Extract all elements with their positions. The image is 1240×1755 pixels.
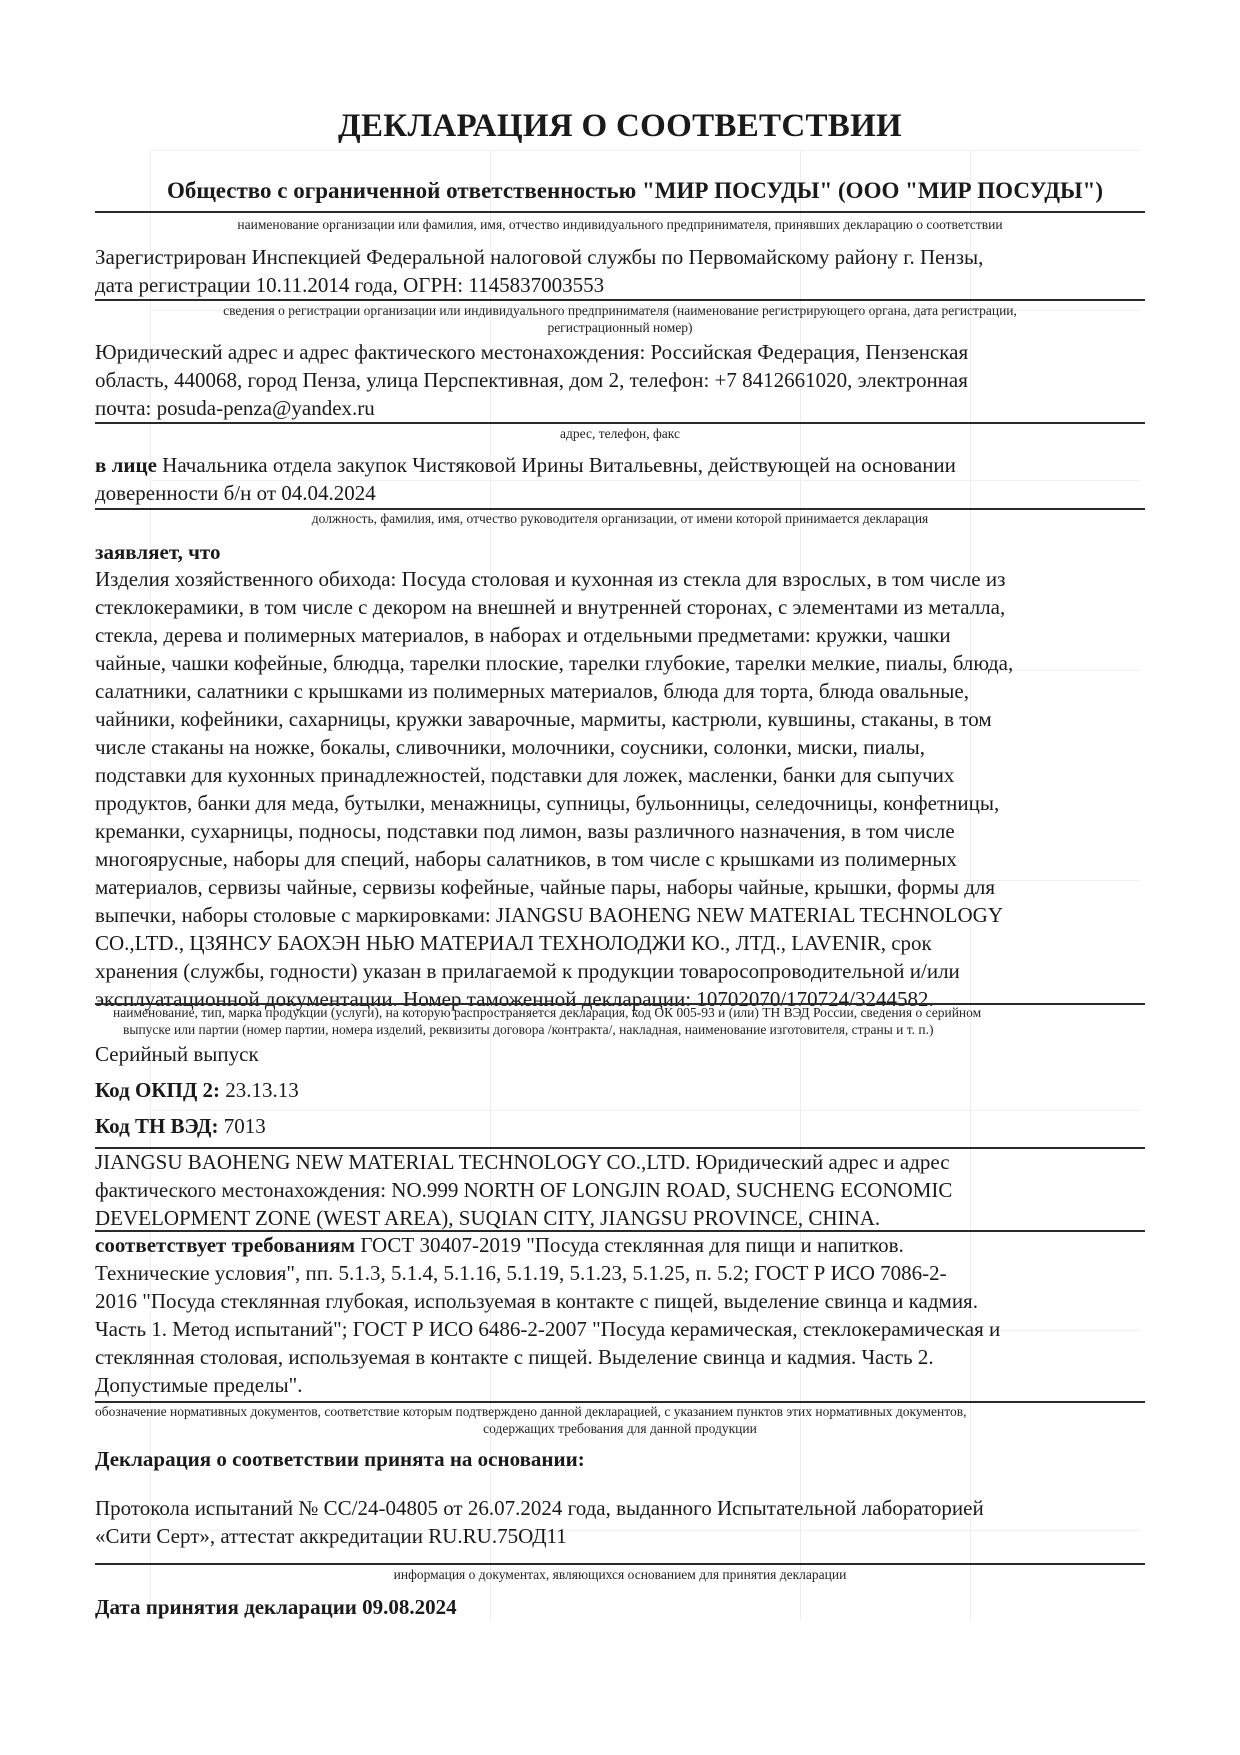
tnved-label: Код ТН ВЭД: — [95, 1114, 218, 1138]
compliance-caption: обозначение нормативных документов, соот… — [95, 1403, 1175, 1437]
compliance-line: Технические условия", пп. 5.1.3, 5.1.4, … — [95, 1259, 1145, 1287]
address-line: Юридический адрес и адрес фактического м… — [95, 338, 1145, 366]
representative-caption: должность, фамилия, имя, отчество руково… — [95, 510, 1145, 527]
okpd2-code: Код ОКПД 2: 23.13.13 — [95, 1076, 1145, 1104]
release-type: Серийный выпуск — [95, 1040, 1145, 1068]
applicant-name: Общество с ограниченной ответственностью… — [95, 178, 1145, 204]
manufacturer-line: JIANGSU BAOHENG NEW MATERIAL TECHNOLOGY … — [95, 1148, 1145, 1176]
acceptance-date: Дата принятия декларации 09.08.2024 — [95, 1593, 1145, 1621]
applicant-name-caption: наименование организации или фамилия, им… — [95, 216, 1145, 233]
basis-line: «Сити Серт», аттестат аккредитации RU.RU… — [95, 1522, 1145, 1550]
caption-line: сведения о регистрации организации или и… — [95, 302, 1145, 319]
product-line: числе стаканы на ножке, бокалы, сливочни… — [95, 733, 1145, 761]
product-line: чайные, чашки кофейные, блюдца, тарелки … — [95, 649, 1145, 677]
registration-line: дата регистрации 10.11.2014 года, ОГРН: … — [95, 271, 1145, 299]
divider — [95, 299, 1145, 301]
product-line: чайники, кофейники, сахарницы, кружки за… — [95, 705, 1145, 733]
caption-line: содержащих требования для данной продукц… — [95, 1420, 1145, 1437]
divider — [95, 1563, 1145, 1565]
product-line: выпечки, наборы столовые с маркировками:… — [95, 901, 1145, 929]
compliance-line: Допустимые пределы". — [95, 1371, 1145, 1399]
compliance-line: стеклянная столовая, используемая в конт… — [95, 1343, 1145, 1371]
manufacturer-line: DEVELOPMENT ZONE (WEST AREA), SUQIAN CIT… — [95, 1204, 1145, 1232]
tnved-value: 7013 — [218, 1114, 265, 1138]
compliance-text: ГОСТ 30407-2019 "Посуда стеклянная для п… — [355, 1233, 904, 1257]
product-line: хранения (службы, годности) указан в при… — [95, 957, 1145, 985]
caption-line: наименование, тип, марка продукции (услу… — [113, 1004, 1183, 1021]
representative-text: Начальника отдела закупок Чистяковой Ири… — [157, 453, 956, 477]
basis-caption: информация о документах, являющихся осно… — [95, 1566, 1145, 1583]
address-caption: адрес, телефон, факс — [95, 425, 1145, 442]
product-line: стеклокерамики, в том числе с декором на… — [95, 593, 1145, 621]
manufacturer-line: фактического местонахождения: NO.999 NOR… — [95, 1176, 1145, 1204]
tnved-code: Код ТН ВЭД: 7013 — [95, 1112, 1145, 1140]
product-line: Изделия хозяйственного обихода: Посуда с… — [95, 565, 1145, 593]
product-line: материалов, сервизы чайные, сервизы кофе… — [95, 873, 1145, 901]
address-info: Юридический адрес и адрес фактического м… — [95, 338, 1145, 422]
product-line: подставки для кухонных принадлежностей, … — [95, 761, 1145, 789]
compliance-standards: Технические условия", пп. 5.1.3, 5.1.4, … — [95, 1259, 1145, 1399]
caption-line: выпуске или партии (номер партии, номера… — [113, 1021, 1183, 1038]
compliance-line: Часть 1. Метод испытаний"; ГОСТ Р ИСО 64… — [95, 1315, 1145, 1343]
product-line: салатники, салатники с крышками из полим… — [95, 677, 1145, 705]
product-line: CO.,LTD., ЦЗЯНСУ БАОХЭН НЬЮ МАТЕРИАЛ ТЕХ… — [95, 929, 1145, 957]
okpd2-label: Код ОКПД 2: — [95, 1078, 220, 1102]
compliance-info: соответствует требованиям ГОСТ 30407-201… — [95, 1231, 1145, 1399]
document-title: ДЕКЛАРАЦИЯ О СООТВЕТСТВИИ — [95, 108, 1145, 145]
product-line: продуктов, банки для меда, бутылки, мена… — [95, 789, 1145, 817]
okpd2-value: 23.13.13 — [220, 1078, 299, 1102]
compliance-line: 2016 "Посуда стеклянная глубокая, исполь… — [95, 1287, 1145, 1315]
product-line: креманки, сухарницы, подносы, подставки … — [95, 817, 1145, 845]
product-description: Изделия хозяйственного обихода: Посуда с… — [95, 565, 1145, 1013]
product-caption: наименование, тип, марка продукции (услу… — [95, 1004, 1183, 1038]
declares-label: заявляет, что — [95, 538, 1145, 566]
registration-info: Зарегистрирован Инспекцией Федеральной н… — [95, 243, 1145, 299]
divider — [95, 422, 1145, 424]
representative-text: доверенности б/н от 04.04.2024 — [95, 479, 1145, 507]
compliance-label: соответствует требованиям — [95, 1233, 355, 1257]
address-line: область, 440068, город Пенза, улица Перс… — [95, 366, 1145, 394]
basis-line: Протокола испытаний № СС/24-04805 от 26.… — [95, 1494, 1145, 1522]
basis-info: Протокола испытаний № СС/24-04805 от 26.… — [95, 1494, 1145, 1550]
representative-label: в лице — [95, 453, 157, 477]
divider — [95, 211, 1145, 213]
manufacturer-info: JIANGSU BAOHENG NEW MATERIAL TECHNOLOGY … — [95, 1148, 1145, 1232]
representative-info: в лице Начальника отдела закупок Чистяко… — [95, 451, 1145, 507]
caption-line: обозначение нормативных документов, соот… — [95, 1403, 1175, 1420]
product-line: стекла, дерева и полимерных материалов, … — [95, 621, 1145, 649]
registration-line: Зарегистрирован Инспекцией Федеральной н… — [95, 243, 1145, 271]
product-line: многоярусные, наборы для специй, наборы … — [95, 845, 1145, 873]
basis-heading: Декларация о соответствии принята на осн… — [95, 1445, 1145, 1473]
caption-line: регистрационный номер) — [95, 319, 1145, 336]
registration-caption: сведения о регистрации организации или и… — [95, 302, 1145, 336]
address-line: почта: posuda-penza@yandex.ru — [95, 394, 1145, 422]
